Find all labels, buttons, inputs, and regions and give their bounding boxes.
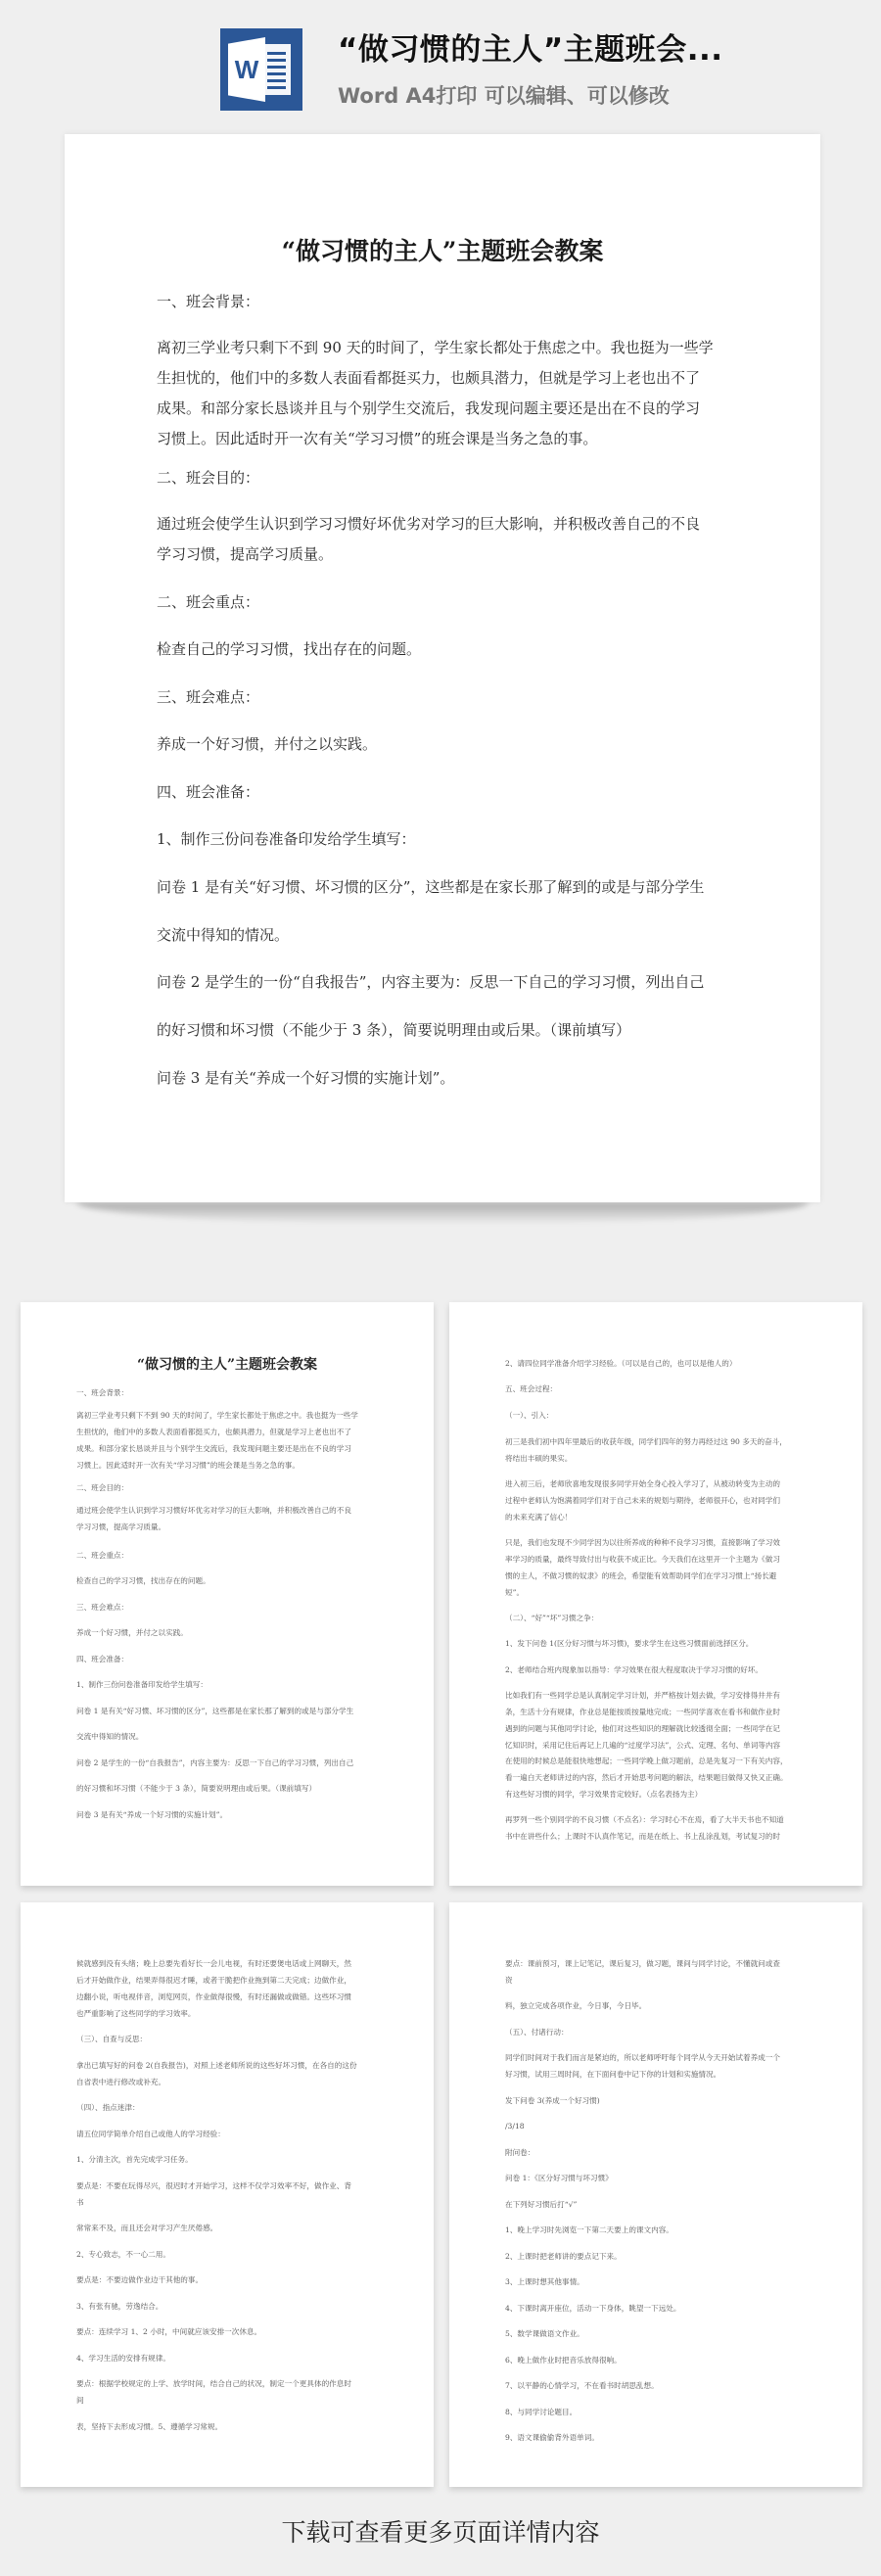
thumbnail-line: 一、班会背景： xyxy=(76,1385,128,1401)
thumbnail-line: 料，独立完成各项作业，今日事，今日毕。 xyxy=(505,1998,646,2014)
paragraph-line: 的好习惯和坏习惯（不能少于 3 条），简要说明理由或后果。（课前填写） xyxy=(157,1015,744,1046)
thumbnail-heading: “做习惯的主人”主题班会教案 xyxy=(21,1354,434,1374)
thumbnail-line: 二、班会重点： xyxy=(76,1548,128,1564)
paragraph-line: 一、班会背景： xyxy=(157,287,744,317)
thumbnail-page-2[interactable]: 2、请四位同学准备介绍学习经验。（可以是自己的，也可以是他人的）五、班会过程：（… xyxy=(449,1302,862,1886)
thumbnail-line: 四、班会准备： xyxy=(76,1652,128,1667)
paragraph-line: 学习习惯，提高学习质量。 xyxy=(157,539,744,570)
thumbnail-line: （一）、引入： xyxy=(505,1408,553,1424)
thumbnail-line: 拿出已填写好的问卷 2(自我报告)，对照上述老师所说的这些好坏习惯，在各自的这份 xyxy=(76,2058,357,2074)
thumbnail-line: 离初三学业考只剩下不到 90 天的时间了，学生家长都处于焦虑之中。我也挺为一些学 xyxy=(76,1408,358,1424)
thumbnail-line: 1、发下问卷 1(区分好习惯与坏习惯)，要求学生在这些习惯面前选择区分。 xyxy=(505,1636,753,1652)
thumbnail-line: 二、班会目的： xyxy=(76,1480,128,1496)
paragraph-line: 习惯上。因此适时开一次有关“学习习惯”的班会课是当务之急的事。 xyxy=(157,424,744,454)
thumbnail-line: 交流中得知的情况。 xyxy=(76,1729,143,1745)
thumbnail-line: 2、上课时把老师讲的要点记下来。 xyxy=(505,2249,622,2265)
thumbnail-line: 要点：根据学校规定的上学、放学时间，结合自己的状况，制定一个更具体的作息时 xyxy=(76,2376,351,2392)
document-title: “做习惯的主人”主题班会... xyxy=(338,24,723,69)
thumbnail-line: 8、与同学讨论题目。 xyxy=(505,2405,577,2420)
thumbnail-line: 附问卷： xyxy=(505,2145,534,2161)
thumbnail-line: 只是，我们也发现不少同学因为以往所养成的种种不良学习习惯，直接影响了学习效 xyxy=(505,1535,780,1551)
thumbnail-line: 忆知识时，采用记住后再记上几遍的“过度学习法”，公式、定理、名句、单词等内容 xyxy=(505,1738,780,1754)
thumbnail-line: 要点是：不要在玩得尽兴，很迟时才开始学习，这样不仅学习效率不好，做作业、背 xyxy=(76,2178,351,2194)
thumbnail-line: 候就感到没有头绪；晚上总要先看好长一会儿电视，有时还要煲电话或上网聊天，然 xyxy=(76,1956,351,1972)
thumbnail-line: 4、学习生活的安排有规律。 xyxy=(76,2351,170,2366)
thumbnail-line: （四）、指点迷津： xyxy=(76,2100,140,2116)
thumbnail-line: 资 xyxy=(505,1973,513,1989)
paragraph-line: 问卷 2 是学生的一份“自我报告”，内容主要为：反思一下自己的学习习惯，列出自己 xyxy=(157,967,744,998)
thumbnail-line: 问卷 2 是学生的一份“自我报告”，内容主要为：反思一下自己的学习习惯，列出自己 xyxy=(76,1756,353,1771)
paragraph-line: 检查自己的学习习惯，找出存在的问题。 xyxy=(157,634,744,665)
thumbnail-line: 养成一个好习惯，并付之以实践。 xyxy=(76,1625,188,1641)
thumbnail-line: 有这些好习惯的同学，学习效果肯定较好。（点名表扬为主） xyxy=(505,1787,702,1803)
thumbnail-line: 9、语文课偷偷背外语单词。 xyxy=(505,2430,599,2446)
thumbnail-line: 1、晚上学习时先浏览一下第二天要上的课文内容。 xyxy=(505,2223,673,2238)
thumbnail-line: 2、专心致志，不一心二用。 xyxy=(76,2247,170,2263)
thumbnail-line: 表，坚持下去形成习惯。5、遵循学习常规。 xyxy=(76,2419,222,2435)
thumbnail-line: 通过班会使学生认识到学习习惯好坏优劣对学习的巨大影响，并积极改善自己的不良 xyxy=(76,1503,351,1519)
page-heading: “做习惯的主人”主题班会教案 xyxy=(65,232,820,267)
paragraph-line: 四、班会准备： xyxy=(157,777,744,808)
thumbnail-line: 7、以平静的心情学习，不在看书时胡思乱想。 xyxy=(505,2378,659,2394)
thumbnail-line: 学习习惯，提高学习质量。 xyxy=(76,1520,165,1535)
thumbnail-line: 将结出丰硕的果实。 xyxy=(505,1451,572,1467)
thumbnail-line: 条，生活十分有规律，作业总是能按质按量地完成；一些同学喜欢在看书和做作业时 xyxy=(505,1705,780,1720)
thumbnail-line: 短”。 xyxy=(505,1585,524,1601)
header: W “做习惯的主人”主题班会... Word A4打印 可以编辑、可以修改 xyxy=(0,0,881,127)
thumbnail-line: 1、分清主次，首先完成学习任务。 xyxy=(76,2152,193,2168)
thumbnail-line: 遇到的问题与其他同学讨论，他们对这些知识的理解就比较透彻全面；一些同学在记 xyxy=(505,1721,780,1737)
thumbnail-line: 书 xyxy=(76,2195,84,2211)
thumbnail-line: 6、晚上做作业时把音乐放得很响。 xyxy=(505,2353,622,2368)
thumbnail-line: 3、上课时想其他事情。 xyxy=(505,2274,584,2290)
thumbnail-line: （五）、付诸行动： xyxy=(505,2025,569,2040)
thumbnail-line: 看一遍白天老师讲过的内容，然后才开始思考问题的解法，结果题目做得又快又正确。 xyxy=(505,1770,788,1786)
thumbnail-line: 问卷 1 是有关“好习惯、坏习惯的区分”，这些都是在家长那了解到的或是与部分学生 xyxy=(76,1704,353,1719)
paragraph-line: 生担忧的，他们中的多数人表面看都挺买力，也颇具潜力，但就是学习上老也出不了 xyxy=(157,363,744,394)
thumbnail-line: 检查自己的学习习惯，找出存在的问题。 xyxy=(76,1573,210,1589)
thumbnail-line: 过程中老师认为饱满着同学们对于自己未来的规划与期待，老师很开心，也对同学们 xyxy=(505,1493,780,1509)
thumbnail-line: 5、数学课做语文作业。 xyxy=(505,2326,584,2342)
paragraph-line: 交流中得知的情况。 xyxy=(157,920,744,951)
thumbnail-line: 习惯上。因此适时开一次有关“学习习惯”的班会课是当务之急的事。 xyxy=(76,1458,300,1474)
thumbnail-line: 问卷 3 是有关“养成一个好习惯的实施计划”。 xyxy=(76,1807,227,1823)
thumbnail-page-1[interactable]: “做习惯的主人”主题班会教案 一、班会背景：离初三学业考只剩下不到 90 天的时… xyxy=(21,1302,434,1886)
thumbnail-line: 1、制作三份问卷准备印发给学生填写： xyxy=(76,1677,208,1693)
thumbnail-line: 自省表中进行修改或补充。 xyxy=(76,2075,165,2090)
thumbnail-line: 同学们时间对于我们而言是紧迫的，所以老师呼吁每个同学从今天开始试着养成一个 xyxy=(505,2050,780,2066)
thumbnail-line: （二）、“好”“坏”习惯之争： xyxy=(505,1611,598,1626)
thumbnail-line: 的好习惯和坏习惯（不能少于 3 条），简要说明理由或后果。（课前填写） xyxy=(76,1781,316,1797)
word-document-icon: W xyxy=(220,28,302,111)
paragraph-line: 三、班会难点： xyxy=(157,682,744,713)
page-shadow xyxy=(76,1202,809,1224)
paragraph-line: 问卷 3 是有关“养成一个好习惯的实施计划”。 xyxy=(157,1063,744,1094)
paragraph-line: 二、班会重点： xyxy=(157,587,744,618)
thumbnail-line: 请五位同学简单介绍自己或他人的学习经验： xyxy=(76,2127,225,2142)
paragraph-line: 通过班会使学生认识到学习习惯好坏优劣对学习的巨大影响，并积极改善自己的不良 xyxy=(157,509,744,539)
document-subtitle: Word A4打印 可以编辑、可以修改 xyxy=(338,80,670,110)
thumbnail-line: 常常来不及，而且还会对学习产生厌倦感。 xyxy=(76,2221,217,2236)
thumbnail-line: 率学习的质量，最终导致付出与收获不成正比。今天我们在这里开一个主题为《做习 xyxy=(505,1552,780,1568)
thumbnail-line: 发下问卷 3(养成一个好习惯) xyxy=(505,2093,600,2109)
thumbnail-line: 三、班会难点： xyxy=(76,1600,128,1616)
thumbnail-line: 问卷 1：《区分好习惯与坏习惯》 xyxy=(505,2171,613,2186)
thumbnail-line: 3、有张有驰，劳逸结合。 xyxy=(76,2299,162,2315)
thumbnail-line: 要点：连续学习 1、2 小时，中间就应该安排一次休息。 xyxy=(76,2324,261,2340)
paragraph-line: 离初三学业考只剩下不到 90 天的时间了，学生家长都处于焦虑之中。我也挺为一些学 xyxy=(157,333,744,363)
thumbnail-page-4[interactable]: 要点：课前预习，课上记笔记，课后复习，做习题，课间与同学讨论，不懂就问或查资料，… xyxy=(449,1902,862,2487)
thumbnail-line: 的未来充满了信心！ xyxy=(505,1510,572,1525)
thumbnail-line: 要点是：不要边做作业边干其他的事。 xyxy=(76,2272,203,2288)
paragraph-line: 成果。和部分家长恳谈并且与个别学生交流后，我发现问题主要还是出在不良的学习 xyxy=(157,394,744,424)
thumbnail-line: 在下列好习惯后打“√” xyxy=(505,2197,577,2213)
thumbnail-line: 比如我们有一些同学总是认真制定学习计划，并严格按计划去做，学习安排得井井有 xyxy=(505,1688,780,1704)
doc-lines-icon xyxy=(261,44,291,95)
thumbnail-line: 边翻小说，听电视伴音，浏览网页，作业做得很慢，有时还漏做或做错。这些坏习惯 xyxy=(76,1990,351,2005)
thumbnail-line: 也严重影响了这些同学的学习效率。 xyxy=(76,2006,196,2022)
thumbnail-line: /3/18 xyxy=(505,2119,525,2134)
thumbnail-line: 2、请四位同学准备介绍学习经验。（可以是自己的，也可以是他人的） xyxy=(505,1356,736,1372)
paragraph-line: 1、制作三份问卷准备印发给学生填写： xyxy=(157,824,744,855)
download-more-prompt[interactable]: 下载可查看更多页面详情内容 xyxy=(0,2513,881,2549)
thumbnail-line: （三）、自查与反思： xyxy=(76,2032,147,2047)
paragraph-line: 问卷 1 是有关“好习惯、坏习惯的区分”，这些都是在家长那了解到的或是与部分学生 xyxy=(157,872,744,903)
main-preview-page: “做习惯的主人”主题班会教案 一、班会背景：离初三学业考只剩下不到 90 天的时… xyxy=(65,134,820,1202)
thumbnail-line: 惯的主人，不做习惯的奴隶》的班会，希望能有效帮助同学们在学习习惯上“扬长避 xyxy=(505,1569,776,1584)
thumbnail-line: 五、班会过程： xyxy=(505,1382,557,1397)
thumbnail-line: 进入初三后，老师欣喜地发现很多同学开始全身心投入学习了，从被动转变为主动的 xyxy=(505,1476,780,1492)
word-letter: W xyxy=(231,55,262,85)
thumbnail-line: 间 xyxy=(76,2393,84,2409)
thumbnail-line: 书中在讲些什么；上课时不认真作笔记，而是在纸上、书上乱涂乱划，考试复习的时 xyxy=(505,1829,780,1845)
thumbnail-line: 再罗列一些个别同学的不良习惯（不点名）：学习时心不在焉，看了大半天书也不知道 xyxy=(505,1812,784,1828)
thumbnail-line: 4、下课时离开座位，活动一下身体，眺望一下远处。 xyxy=(505,2301,681,2317)
thumbnail-line: 要点：课前预习，课上记笔记，课后复习，做习题，课间与同学讨论，不懂就问或查 xyxy=(505,1956,780,1972)
thumbnail-page-3[interactable]: 候就感到没有头绪；晚上总要先看好长一会儿电视，有时还要煲电话或上网聊天，然后才开… xyxy=(21,1902,434,2487)
thumbnail-line: 成果。和部分家长恳谈并且与个别学生交流后，我发现问题主要还是出在不良的学习 xyxy=(76,1441,351,1457)
thumbnail-line: 2、老师结合班内现象加以指导：学习效果在很大程度取决于学习习惯的好坏。 xyxy=(505,1663,763,1678)
thumbnail-line: 后才开始做作业，结果弄得很迟才睡，或者干脆把作业拖到第二天完成；边做作业， xyxy=(76,1973,351,1989)
thumbnail-line: 初三是我们初中四年里最后的收获年级，同学们四年的努力再经过这 90 多天的奋斗， xyxy=(505,1434,787,1450)
paragraph-line: 养成一个好习惯，并付之以实践。 xyxy=(157,729,744,760)
paragraph-line: 二、班会目的： xyxy=(157,463,744,493)
thumbnail-line: 生担忧的，他们中的多数人表面看都挺买力，也颇具潜力，但就是学习上老也出不了 xyxy=(76,1425,351,1440)
thumbnail-line: 好习惯，试用三周时间，在下面问卷中记下你的计划和实施情况。 xyxy=(505,2067,720,2083)
thumbnail-line: 在使用的时候总是能很快地想起；一些同学晚上做习题前，总是先复习一下有关内容， xyxy=(505,1754,788,1769)
